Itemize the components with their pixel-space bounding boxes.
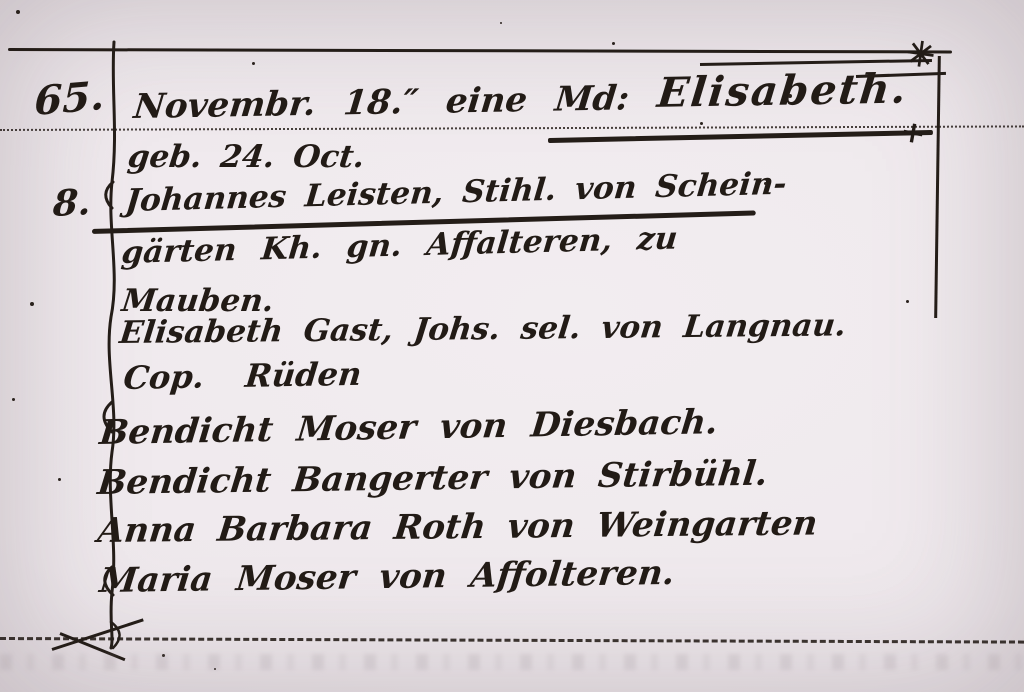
ink-speck bbox=[252, 62, 255, 65]
register-scan-page: 65. 8. Novembr. 18.″ eine Md: Elisabeth.… bbox=[0, 0, 1024, 692]
birth-note: geb. 24. Oct. bbox=[126, 142, 366, 173]
witness-line: Bendicht Moser von Diesbach. bbox=[98, 405, 720, 450]
cross-mark: + bbox=[898, 116, 928, 150]
witness-line: Maria Moser von Affolteren. bbox=[98, 556, 676, 598]
witness-line: Anna Barbara Roth von Weingarten bbox=[96, 506, 819, 548]
asterisk-mark: ✳ bbox=[904, 36, 937, 74]
date-line: Novembr. 18.″ eine Md: Elisabeth. bbox=[132, 71, 910, 125]
right-border-line bbox=[934, 56, 940, 318]
entry-number: 65. bbox=[34, 76, 105, 122]
ink-speck bbox=[788, 94, 792, 98]
father-name: Johannes Leisten, Stihl. bbox=[124, 172, 558, 219]
ink-speck bbox=[30, 302, 34, 306]
ink-speck bbox=[700, 122, 703, 125]
child-name-underline bbox=[548, 130, 933, 143]
witness-line: Bendicht Bangerter von Stirbühl. bbox=[96, 457, 769, 500]
bleed-through-noise bbox=[0, 654, 1024, 670]
ink-speck bbox=[612, 42, 615, 45]
ink-speck bbox=[764, 182, 767, 185]
father-line-1: Johannes Leisten, Stihl. von Schein- bbox=[124, 169, 788, 217]
bottom-border-line bbox=[0, 637, 1024, 644]
copulation-note: Cop. Rüden bbox=[122, 358, 363, 394]
date-text: Novembr. 18.″ eine Md: bbox=[132, 78, 631, 127]
father-origin: von Schein- bbox=[573, 166, 788, 208]
child-name: Elisabeth. bbox=[655, 65, 910, 117]
ink-speck bbox=[58, 478, 61, 481]
ink-speck bbox=[12, 398, 15, 401]
mother-line: Elisabeth Gast, Johs. sel. von Langnau. bbox=[118, 310, 848, 349]
top-border-line bbox=[8, 48, 952, 53]
ink-speck bbox=[906, 300, 909, 303]
father-line-3: Mauben. bbox=[120, 286, 275, 317]
day-number: 8. bbox=[52, 184, 92, 222]
ink-speck bbox=[500, 22, 502, 24]
ink-speck bbox=[16, 10, 20, 14]
